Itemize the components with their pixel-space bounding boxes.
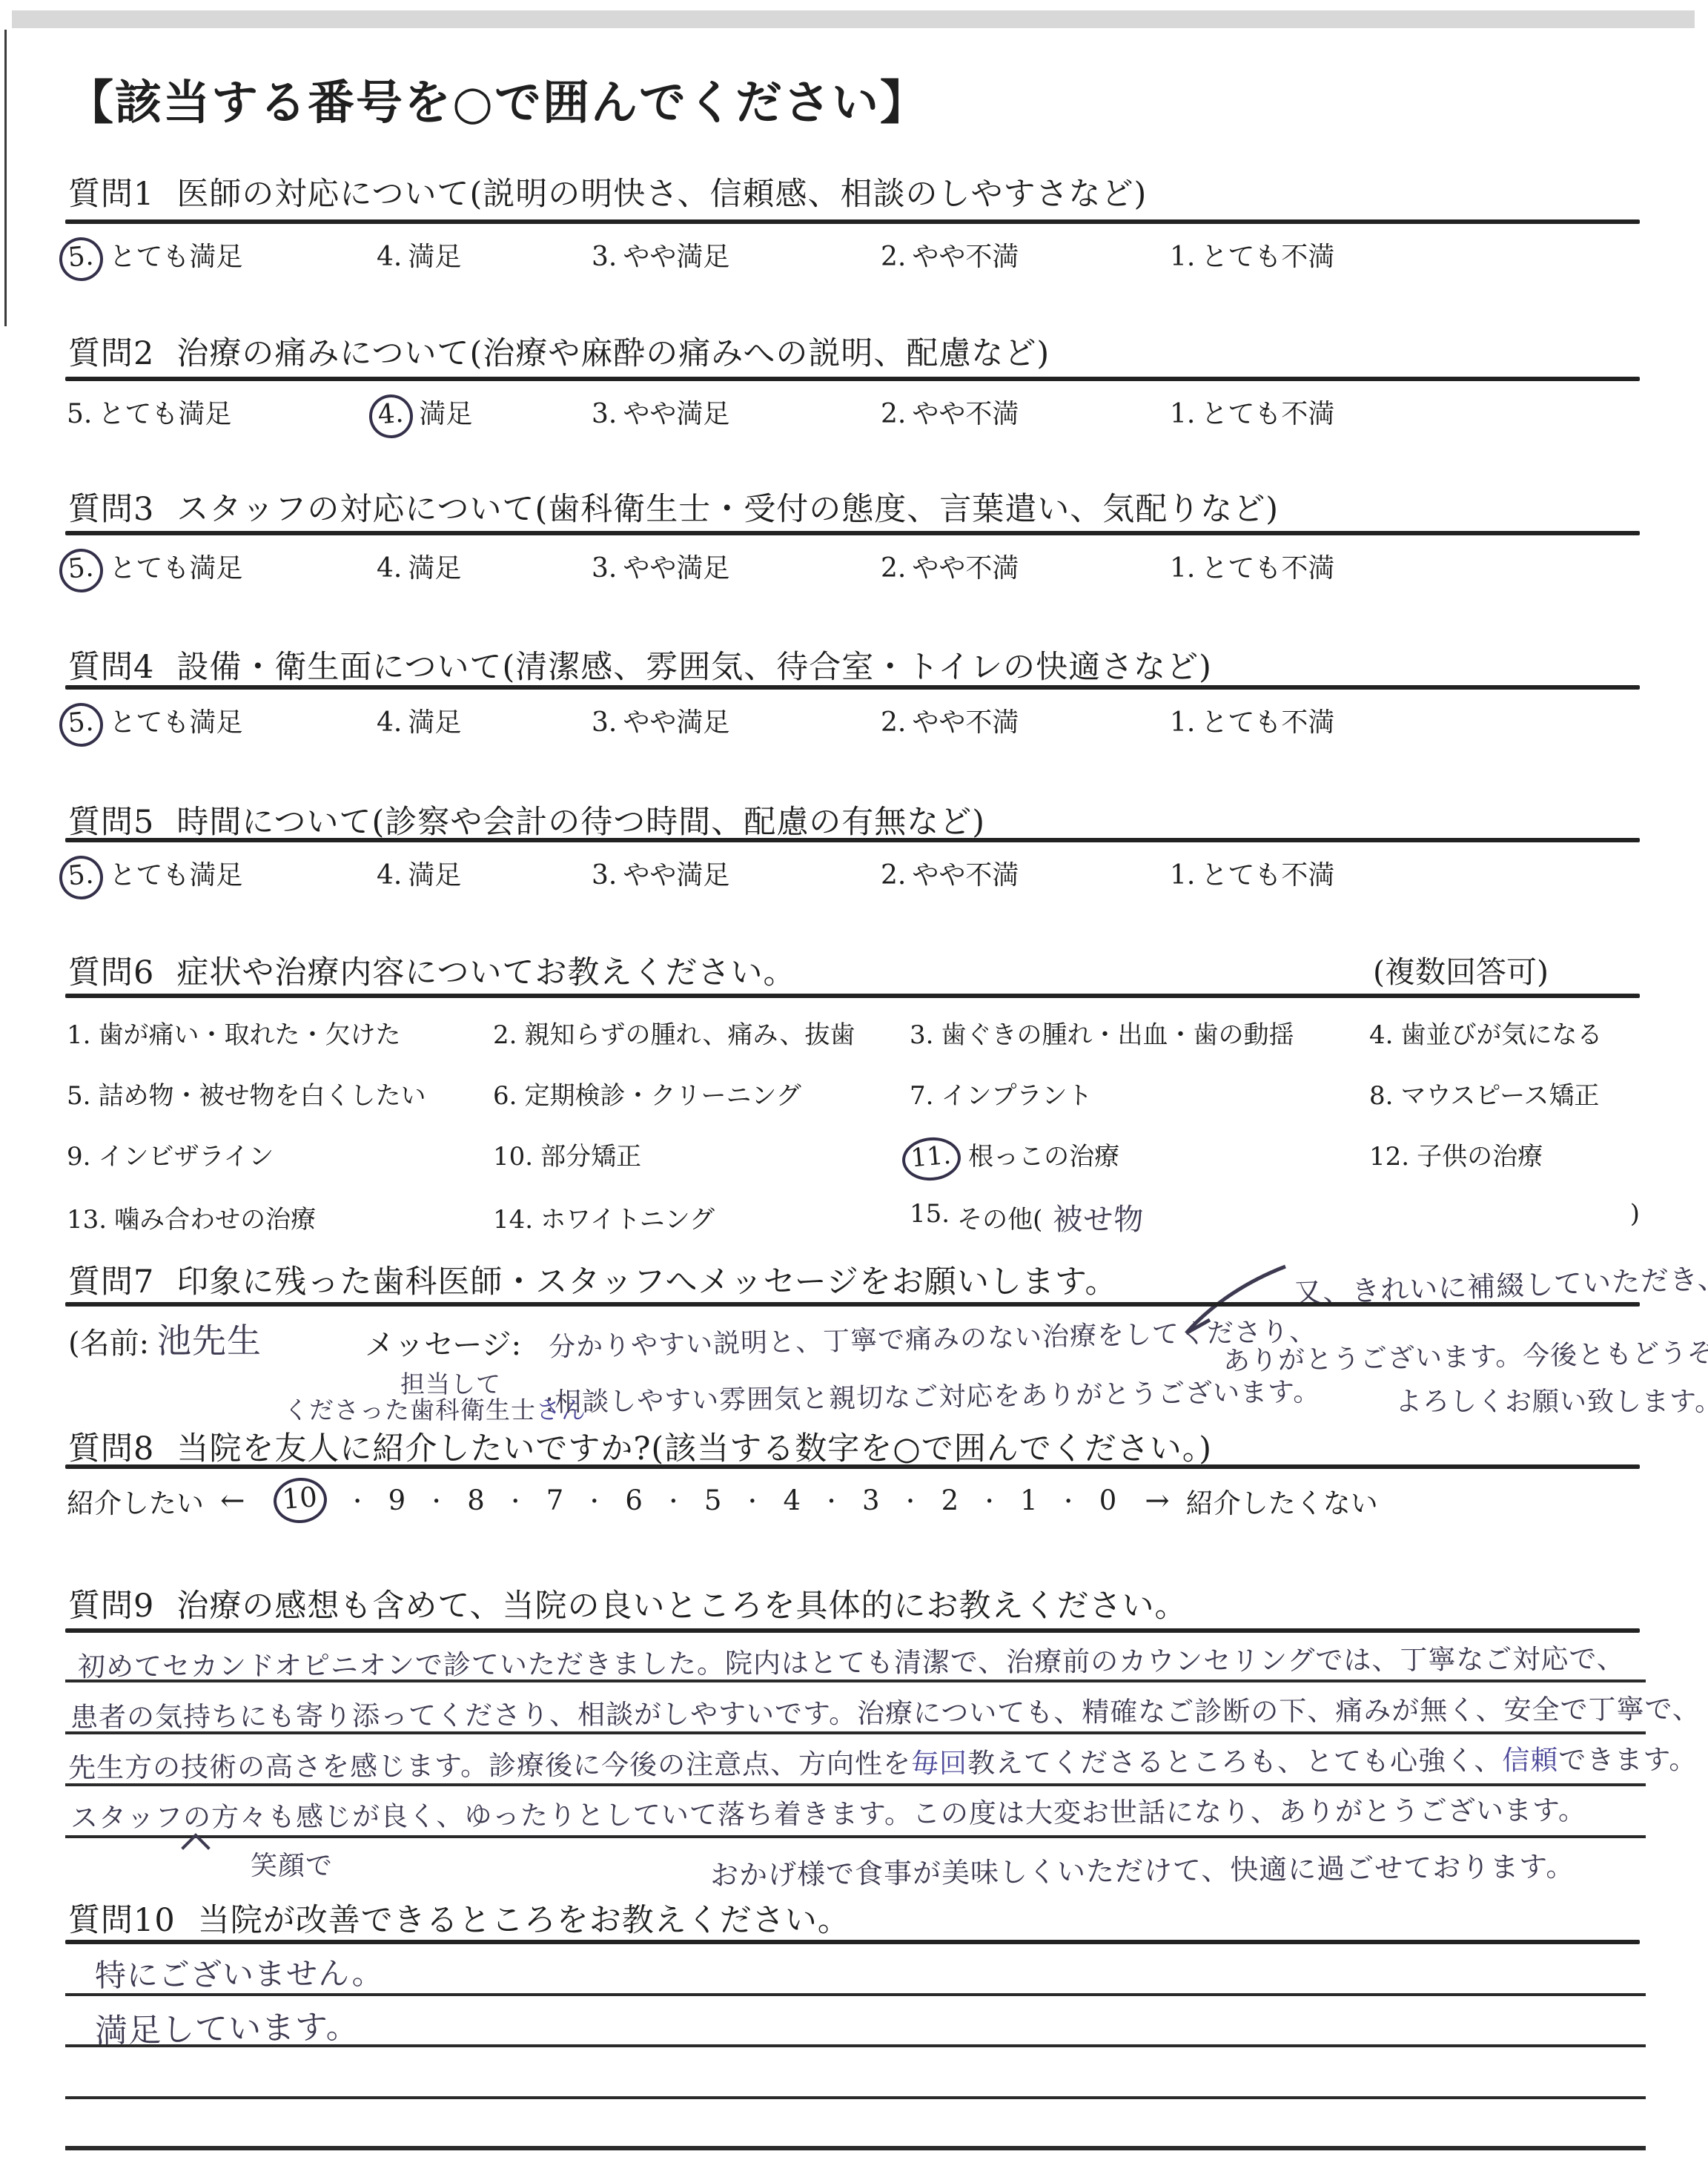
question-7-heading: 質問7印象に残った歯科医師・スタッフへメッセージをお願いします。 — [68, 1257, 1117, 1302]
symptom-item: 11.根っこの治療 — [910, 1136, 1369, 1175]
handwritten-q9-line4: スタッフの方々も感じが良く、ゆったりとしていて落ち着きます。この度は大変お世話に… — [70, 1788, 1586, 1836]
rating-option: 4.満足 — [377, 547, 461, 585]
circled-answer-number: 5. — [58, 854, 105, 902]
question-9-label: 質問9 — [68, 1588, 154, 1625]
question-4-options: 5.とても満足4.満足3.やや満足2.やや不満1.とても不満 — [67, 701, 1668, 744]
question-10-heading: 質問10当院が改善できるところをお教えください。 — [68, 1895, 850, 1941]
option-number: 3. — [592, 399, 617, 429]
symptom-item: 5.詰め物・被せ物を白くしたい — [67, 1075, 493, 1112]
item-label: ホワイトニング — [540, 1205, 715, 1235]
rating-option: 5.とても満足 — [67, 393, 231, 431]
option-label: とても不満 — [1201, 553, 1334, 584]
survey-form-page: 【該当する番号を○で囲んでください】 質問1医師の対応について(説明の明快さ、信… — [0, 0, 1708, 2160]
option-number: 1. — [1170, 860, 1195, 891]
answer-line — [65, 1835, 1646, 1838]
option-label: 満足 — [408, 242, 461, 272]
left-arrow: ← — [220, 1484, 245, 1518]
rating-option: 3.やや満足 — [592, 236, 729, 274]
rating-option: 5.とても満足 — [67, 236, 242, 275]
question-3-options: 5.とても満足4.満足3.やや満足2.やや不満1.とても不満 — [67, 547, 1668, 590]
divider-line — [65, 377, 1640, 381]
item-number: 15. — [910, 1199, 950, 1238]
rating-option: 5.とても満足 — [67, 854, 242, 894]
scan-artifact-band — [12, 10, 1695, 28]
handwritten-q9-line5: おかげ様で食事が美味しくいただけて、快適に過ごせております。 — [710, 1843, 1575, 1893]
divider-line — [65, 1464, 1640, 1469]
rating-option: 5.とても満足 — [67, 547, 242, 587]
symptom-item: 2.親知らずの腫れ、痛み、抜歯 — [493, 1014, 910, 1051]
scale-number: 4 — [783, 1484, 801, 1516]
option-number: 3. — [592, 242, 617, 272]
question-5-options: 5.とても満足4.満足3.やや満足2.やや不満1.とても不満 — [67, 854, 1668, 897]
scale-separator: ・ — [663, 1485, 684, 1516]
question-2-label: 質問2 — [68, 335, 154, 372]
answer-line — [65, 1783, 1646, 1786]
question-3-label: 質問3 — [68, 491, 154, 528]
item-label: その他( — [957, 1199, 1042, 1238]
question-2-topic: 治療の痛みについて(治療や麻酔の痛みへの説明、配慮など) — [176, 335, 1050, 372]
question-5-topic: 時間について(診察や会計の待つ時間、配慮の有無など) — [176, 804, 985, 841]
symptom-item: 3.歯ぐきの腫れ・出血・歯の動揺 — [910, 1014, 1369, 1051]
option-number: 1. — [1170, 242, 1195, 272]
item-label: 歯並びが気になる — [1400, 1020, 1602, 1050]
option-number: 2. — [881, 242, 906, 272]
question-7-topic: 印象に残った歯科医師・スタッフへメッセージをお願いします。 — [176, 1264, 1117, 1301]
option-number: 2. — [881, 399, 906, 429]
symptom-item: 10.部分矯正 — [493, 1136, 910, 1175]
question-1-topic: 医師の対応について(説明の明快さ、信頼感、相談のしやすさなど) — [176, 176, 1147, 213]
message-field-label: メッセージ: — [365, 1321, 521, 1364]
option-label: やや不満 — [912, 242, 1019, 272]
question-1-heading: 質問1医師の対応について(説明の明快さ、信頼感、相談のしやすさなど) — [68, 169, 1147, 214]
question-1-options: 5.とても満足4.満足3.やや満足2.やや不満1.とても不満 — [67, 236, 1668, 279]
item-number: 14. — [493, 1205, 533, 1235]
question-7-label: 質問7 — [68, 1264, 154, 1301]
option-label: とても不満 — [1201, 707, 1334, 738]
option-label: やや満足 — [623, 707, 729, 738]
rating-option: 1.とても不満 — [1170, 236, 1334, 274]
scale-separator: ・ — [900, 1485, 921, 1516]
question-9-topic: 治療の感想も含めて、当院の良いところを具体的にお教えください。 — [176, 1588, 1187, 1625]
option-number: 2. — [881, 707, 906, 738]
divider-line — [65, 838, 1640, 842]
scale-separator: ・ — [583, 1485, 605, 1516]
rating-option: 4.満足 — [377, 236, 461, 274]
rating-option: 2.やや不満 — [881, 547, 1019, 585]
handwritten-q9-line3-every-time: 毎回 — [911, 1747, 967, 1779]
scale-number: 1 — [1020, 1484, 1038, 1516]
multiple-answer-note: (複数回答可) — [1373, 948, 1549, 991]
item-label: 親知らずの腫れ、痛み、抜歯 — [524, 1020, 855, 1050]
question-3-topic: スタッフの対応について(歯科衛生士・受付の態度、言葉遣い、気配りなど) — [176, 491, 1279, 528]
item-number: 1. — [67, 1020, 90, 1050]
circled-answer-number: 5. — [58, 236, 105, 283]
item-label: 根っこの治療 — [968, 1142, 1119, 1172]
symptom-item: 9.インビザライン — [67, 1136, 493, 1175]
question-3-heading: 質問3スタッフの対応について(歯科衛生士・受付の態度、言葉遣い、気配りなど) — [68, 484, 1279, 529]
question-10-topic: 当院が改善できるところをお教えください。 — [198, 1902, 850, 1939]
form-instruction-title: 【該当する番号を○で囲んでください】 — [67, 65, 928, 133]
option-label: とても満足 — [109, 860, 242, 891]
handwritten-message-3: よろしくお願い致します。 — [1395, 1381, 1708, 1418]
option-label: とても満足 — [109, 707, 242, 738]
rating-option: 2.やや不満 — [881, 854, 1019, 892]
item-label: 定期検診・クリーニング — [524, 1081, 801, 1111]
scale-separator: ・ — [1058, 1485, 1079, 1516]
divider-line — [65, 531, 1640, 535]
symptom-item: 13.噛み合わせの治療 — [67, 1199, 493, 1238]
item-number: 5. — [67, 1081, 90, 1111]
scale-number: 3 — [862, 1484, 880, 1516]
question-2-options: 5.とても満足4.満足3.やや満足2.やや不満1.とても不満 — [67, 393, 1668, 436]
scale-number: 2 — [941, 1484, 959, 1516]
rating-option: 3.やや満足 — [592, 393, 729, 431]
question-5-label: 質問5 — [68, 804, 154, 841]
scale-separator: ・ — [347, 1485, 368, 1516]
scale-number: 0 — [1099, 1484, 1117, 1516]
option-label: とても満足 — [98, 399, 231, 429]
circled-scale-number: 10 — [271, 1476, 328, 1525]
rating-option: 1.とても不満 — [1170, 854, 1334, 892]
rating-option: 5.とても満足 — [67, 701, 242, 741]
symptom-item: 12.子供の治療 — [1369, 1136, 1640, 1175]
handwritten-other-answer: 被せ物 — [1053, 1196, 1144, 1238]
question-9-heading: 質問9治療の感想も含めて、当院の良いところを具体的にお教えください。 — [68, 1581, 1188, 1626]
option-label: とても不満 — [1201, 399, 1334, 429]
divider-line — [65, 685, 1640, 690]
scale-separator: ・ — [979, 1485, 1000, 1516]
scale-number: 5 — [704, 1484, 722, 1516]
option-label: 満足 — [408, 860, 461, 891]
rating-option: 2.やや不満 — [881, 701, 1019, 739]
handwritten-q9-line3-part: 先生方の技術の高さを感じます。診療後に今後の注意点、方向性を — [68, 1748, 911, 1784]
item-label: 子供の治療 — [1417, 1142, 1543, 1172]
scale-right-label: 紹介したくない — [1186, 1481, 1378, 1521]
answer-line — [65, 1993, 1646, 1996]
item-label: マウスピース矯正 — [1400, 1081, 1599, 1111]
option-number: 1. — [1170, 399, 1195, 429]
option-number: 4. — [377, 242, 402, 272]
option-number: 1. — [1170, 707, 1195, 738]
scale-separator: ・ — [505, 1485, 526, 1516]
symptom-item: 4.歯並びが気になる — [1369, 1014, 1640, 1051]
option-label: 満足 — [408, 553, 461, 584]
option-label: 満足 — [408, 707, 461, 738]
question-4-topic: 設備・衛生面について(清潔感、雰囲気、待合室・トイレの快適さなど) — [176, 649, 1212, 686]
item-label: 詰め物・被せ物を白くしたい — [98, 1081, 426, 1111]
rating-option: 4.満足 — [377, 393, 472, 432]
item-label: 部分矯正 — [540, 1142, 641, 1172]
handwritten-q9-line3-trust: 信頼 — [1502, 1744, 1558, 1776]
divider-line — [65, 1628, 1640, 1633]
question-8-topic: 当院を友人に紹介したいですか?(該当する数字を○で囲んでください。) — [176, 1430, 1212, 1467]
item-label: インプラント — [941, 1081, 1092, 1111]
name-field-label: (名前: — [68, 1320, 149, 1362]
symptom-item: 6.定期検診・クリーニング — [493, 1075, 910, 1112]
recommendation-scale: 紹介したい←10・9・8・7・6・5・4・3・2・1・0→紹介したくない — [67, 1478, 1378, 1523]
handwritten-q9-line2: 患者の気持ちにも寄り添ってくださり、相談がしやすいです。治療についても、精確なご… — [70, 1686, 1701, 1735]
item-number: 3. — [910, 1020, 933, 1050]
answer-line — [65, 2146, 1646, 2150]
handwritten-smile-insert: 笑顔で — [251, 1845, 333, 1883]
scale-separator: ・ — [426, 1485, 447, 1516]
circled-answer-number: 4. — [368, 393, 415, 440]
option-label: やや不満 — [912, 553, 1019, 584]
item-number: 2. — [493, 1020, 517, 1050]
option-number: 4. — [377, 707, 402, 738]
question-10-label: 質問10 — [68, 1902, 176, 1939]
option-number: 5. — [67, 399, 92, 429]
handwritten-doctor-name: 池先生 — [157, 1314, 262, 1363]
divider-line — [65, 994, 1640, 998]
answer-line — [65, 1731, 1646, 1734]
rating-option: 4.満足 — [377, 854, 461, 892]
divider-line — [65, 219, 1640, 224]
item-number: 8. — [1369, 1081, 1393, 1111]
item-number: 12. — [1369, 1142, 1409, 1172]
rating-option: 1.とても不満 — [1170, 547, 1334, 585]
rating-option: 4.満足 — [377, 701, 461, 739]
rating-option: 3.やや満足 — [592, 701, 729, 739]
handwritten-hygienist-role: くださった歯科衛生士さん — [284, 1391, 586, 1426]
circled-answer-number: 5. — [58, 547, 105, 595]
option-number: 2. — [881, 860, 906, 891]
symptom-item: 8.マウスピース矯正 — [1369, 1075, 1640, 1112]
handwritten-q9-line1: 初めてセカンドオピニオンで診ていただきました。院内はとても清潔で、治療前のカウン… — [78, 1636, 1625, 1685]
question-8-heading: 質問8当院を友人に紹介したいですか?(該当する数字を○で囲んでください。) — [68, 1424, 1212, 1469]
symptom-item: 14.ホワイトニング — [493, 1199, 910, 1238]
scale-number: 8 — [467, 1484, 485, 1516]
handwritten-hygienist-role-text: くださった歯科衛生士 — [284, 1396, 536, 1424]
rating-option: 1.とても不満 — [1170, 393, 1334, 431]
option-number: 2. — [881, 553, 906, 584]
option-label: やや不満 — [912, 399, 1019, 429]
option-label: やや満足 — [623, 860, 729, 891]
question-1-label: 質問1 — [68, 176, 154, 213]
question-6-heading: 質問6症状や治療内容についてお教えください。 — [68, 948, 796, 993]
option-number: 3. — [592, 860, 617, 891]
symptom-item: 1.歯が痛い・取れた・欠けた — [67, 1014, 493, 1051]
item-number: 9. — [67, 1142, 90, 1172]
item-label: 歯ぐきの腫れ・出血・歯の動揺 — [941, 1020, 1294, 1050]
option-label: やや満足 — [623, 242, 729, 272]
option-number: 3. — [592, 707, 617, 738]
option-number: 1. — [1170, 553, 1195, 584]
scale-separator: ・ — [821, 1485, 842, 1516]
option-label: やや不満 — [912, 707, 1019, 738]
item-label: 歯が痛い・取れた・欠けた — [98, 1020, 400, 1050]
handwritten-hygienist-message: :相談しやすい雰囲気と親切なご対応をありがとうございます。 — [545, 1371, 1321, 1420]
option-label: とても満足 — [109, 553, 242, 584]
handwritten-message-1: 分かりやすい説明と、丁寧で痛みのない治療をしてくださり、 — [549, 1310, 1317, 1364]
option-label: やや不満 — [912, 860, 1019, 891]
question-6-label: 質問6 — [68, 954, 154, 991]
option-number: 4. — [377, 860, 402, 891]
item-number: 6. — [493, 1081, 517, 1111]
right-arrow: → — [1145, 1484, 1170, 1518]
circled-answer-number: 11. — [901, 1135, 963, 1183]
scale-number: 6 — [625, 1484, 643, 1516]
scale-separator: ・ — [741, 1485, 763, 1516]
scale-left-label: 紹介したい — [67, 1481, 204, 1521]
item-number: 4. — [1369, 1020, 1393, 1050]
question-4-heading: 質問4設備・衛生面について(清潔感、雰囲気、待合室・トイレの快適さなど) — [68, 642, 1212, 687]
scan-artifact-edge — [4, 30, 7, 326]
question-6-topic: 症状や治療内容についてお教えください。 — [176, 954, 795, 991]
option-label: とても不満 — [1201, 242, 1334, 272]
item-label: インビザライン — [98, 1142, 274, 1172]
option-label: やや満足 — [623, 399, 729, 429]
handwritten-q9-line3: 先生方の技術の高さを感じます。診療後に今後の注意点、方向性を毎回教えてくださると… — [68, 1737, 1698, 1786]
question-6-items: 1.歯が痛い・取れた・欠けた2.親知らずの腫れ、痛み、抜歯3.歯ぐきの腫れ・出血… — [67, 1014, 1640, 1238]
question-8-label: 質問8 — [68, 1430, 154, 1467]
rating-option: 1.とても不満 — [1170, 701, 1334, 739]
option-number: 4. — [377, 553, 402, 584]
option-label: 満足 — [419, 399, 472, 429]
rating-option: 2.やや不満 — [881, 393, 1019, 431]
item-number: 7. — [910, 1081, 933, 1111]
handwritten-q10-line1: 特にございません。 — [95, 1949, 384, 1995]
answer-line — [65, 2096, 1646, 2099]
scale-number: 7 — [546, 1484, 564, 1516]
option-number: 3. — [592, 553, 617, 584]
question-2-heading: 質問2治療の痛みについて(治療や麻酔の痛みへの説明、配慮など) — [68, 328, 1050, 374]
answer-line — [65, 1680, 1646, 1682]
symptom-item: 7.インプラント — [910, 1075, 1369, 1112]
rating-option: 3.やや満足 — [592, 854, 729, 892]
divider-line — [65, 1940, 1640, 1944]
option-label: とても満足 — [109, 242, 242, 272]
answer-line — [65, 2044, 1646, 2047]
option-label: とても不満 — [1201, 860, 1334, 891]
option-label: やや満足 — [623, 553, 729, 584]
rating-option: 3.やや満足 — [592, 547, 729, 585]
handwritten-q9-line3-part: 教えてくださるところも、とても心強く、 — [967, 1745, 1502, 1780]
question-4-label: 質問4 — [68, 649, 154, 686]
close-paren: ) — [1630, 1199, 1640, 1238]
item-number: 13. — [67, 1205, 107, 1235]
handwritten-q9-line3-part: できます。 — [1558, 1743, 1697, 1776]
item-number: 10. — [493, 1142, 533, 1172]
scale-number: 9 — [388, 1484, 406, 1516]
item-label: 噛み合わせの治療 — [114, 1205, 316, 1235]
rating-option: 2.やや不満 — [881, 236, 1019, 274]
question-5-heading: 質問5時間について(診察や会計の待つ時間、配慮の有無など) — [68, 797, 985, 842]
symptom-item: 15.その他(被せ物) — [910, 1199, 1640, 1238]
divider-line — [65, 1302, 1640, 1307]
circled-answer-number: 5. — [58, 701, 105, 749]
